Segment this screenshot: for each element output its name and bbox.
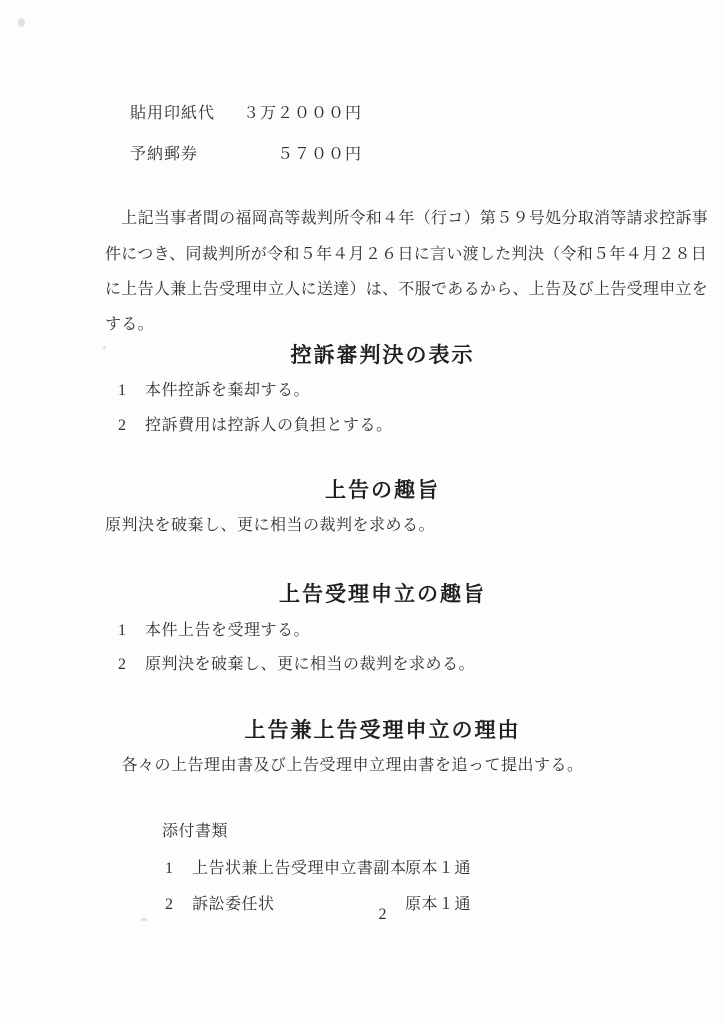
paragraph-line: に上告人兼上告受理申立人に送達）は、不服であるから、上告及び上告受理申立を [105,276,708,299]
list-item: 2原判決を破棄し、更に相当の裁判を求める。 [118,651,475,674]
paragraph-line: する。 [105,311,154,334]
item-text: 原判決を破棄し、更に相当の裁判を求める。 [145,656,475,673]
list-item: 2控訴費用は控訴人の負担とする。 [118,412,393,435]
item-text: 本件上告を受理する。 [145,622,310,639]
attachment-row: 1上告状兼上告受理申立書副本原本１通 [165,855,471,878]
attachment-name: 上告状兼上告受理申立書副本 [192,855,405,878]
attachments-title: 添付書類 [162,818,228,841]
fee-amount: ３万２０００円 [238,100,362,123]
fee-row-postage: 予納郵券 ５７００円 [130,141,362,164]
section-body: 各々の上告理由書及び上告受理申立理由書を追って提出する。 [105,752,584,775]
item-number: 2 [118,417,145,435]
heading-appeal-purpose: 上告の趣旨 [105,474,660,504]
section-body: 原判決を破棄し、更に相当の裁判を求める。 [105,512,435,535]
fee-label: 予納郵券 [130,141,233,164]
item-number: 2 [118,656,145,674]
paragraph-line: 上記当事者間の福岡高等裁判所令和４年（行コ）第５９号処分取消等請求控訴事 [105,205,708,228]
attachment-copies: 原本１通 [405,860,471,877]
item-text: 控訴費用は控訴人の負担とする。 [145,417,393,434]
document-page: 貼用印紙代 ３万２０００円 予納郵券 ５７００円 上記当事者間の福岡高等裁判所令… [0,0,724,1024]
list-item: 1本件上告を受理する。 [118,617,310,640]
item-text: 本件控訴を棄却する。 [145,382,310,399]
fee-row-stamp: 貼用印紙代 ３万２０００円 [130,100,362,123]
item-number: 1 [118,382,145,400]
item-number: 1 [165,860,192,878]
scan-artifact [18,18,25,27]
page-number: 2 [105,906,660,924]
fee-label: 貼用印紙代 [130,100,233,123]
item-number: 1 [118,622,145,640]
heading-acceptance-purpose: 上告受理申立の趣旨 [105,578,660,608]
list-item: 1本件控訴を棄却する。 [118,377,310,400]
paragraph-line: 件につき、同裁判所が令和５年４月２６日に言い渡した判決（令和５年４月２８日 [105,241,707,264]
fee-amount: ５７００円 [238,141,362,164]
heading-reasons: 上告兼上告受理申立の理由 [105,714,660,744]
heading-appellate-judgment: 控訴審判決の表示 [105,339,660,369]
